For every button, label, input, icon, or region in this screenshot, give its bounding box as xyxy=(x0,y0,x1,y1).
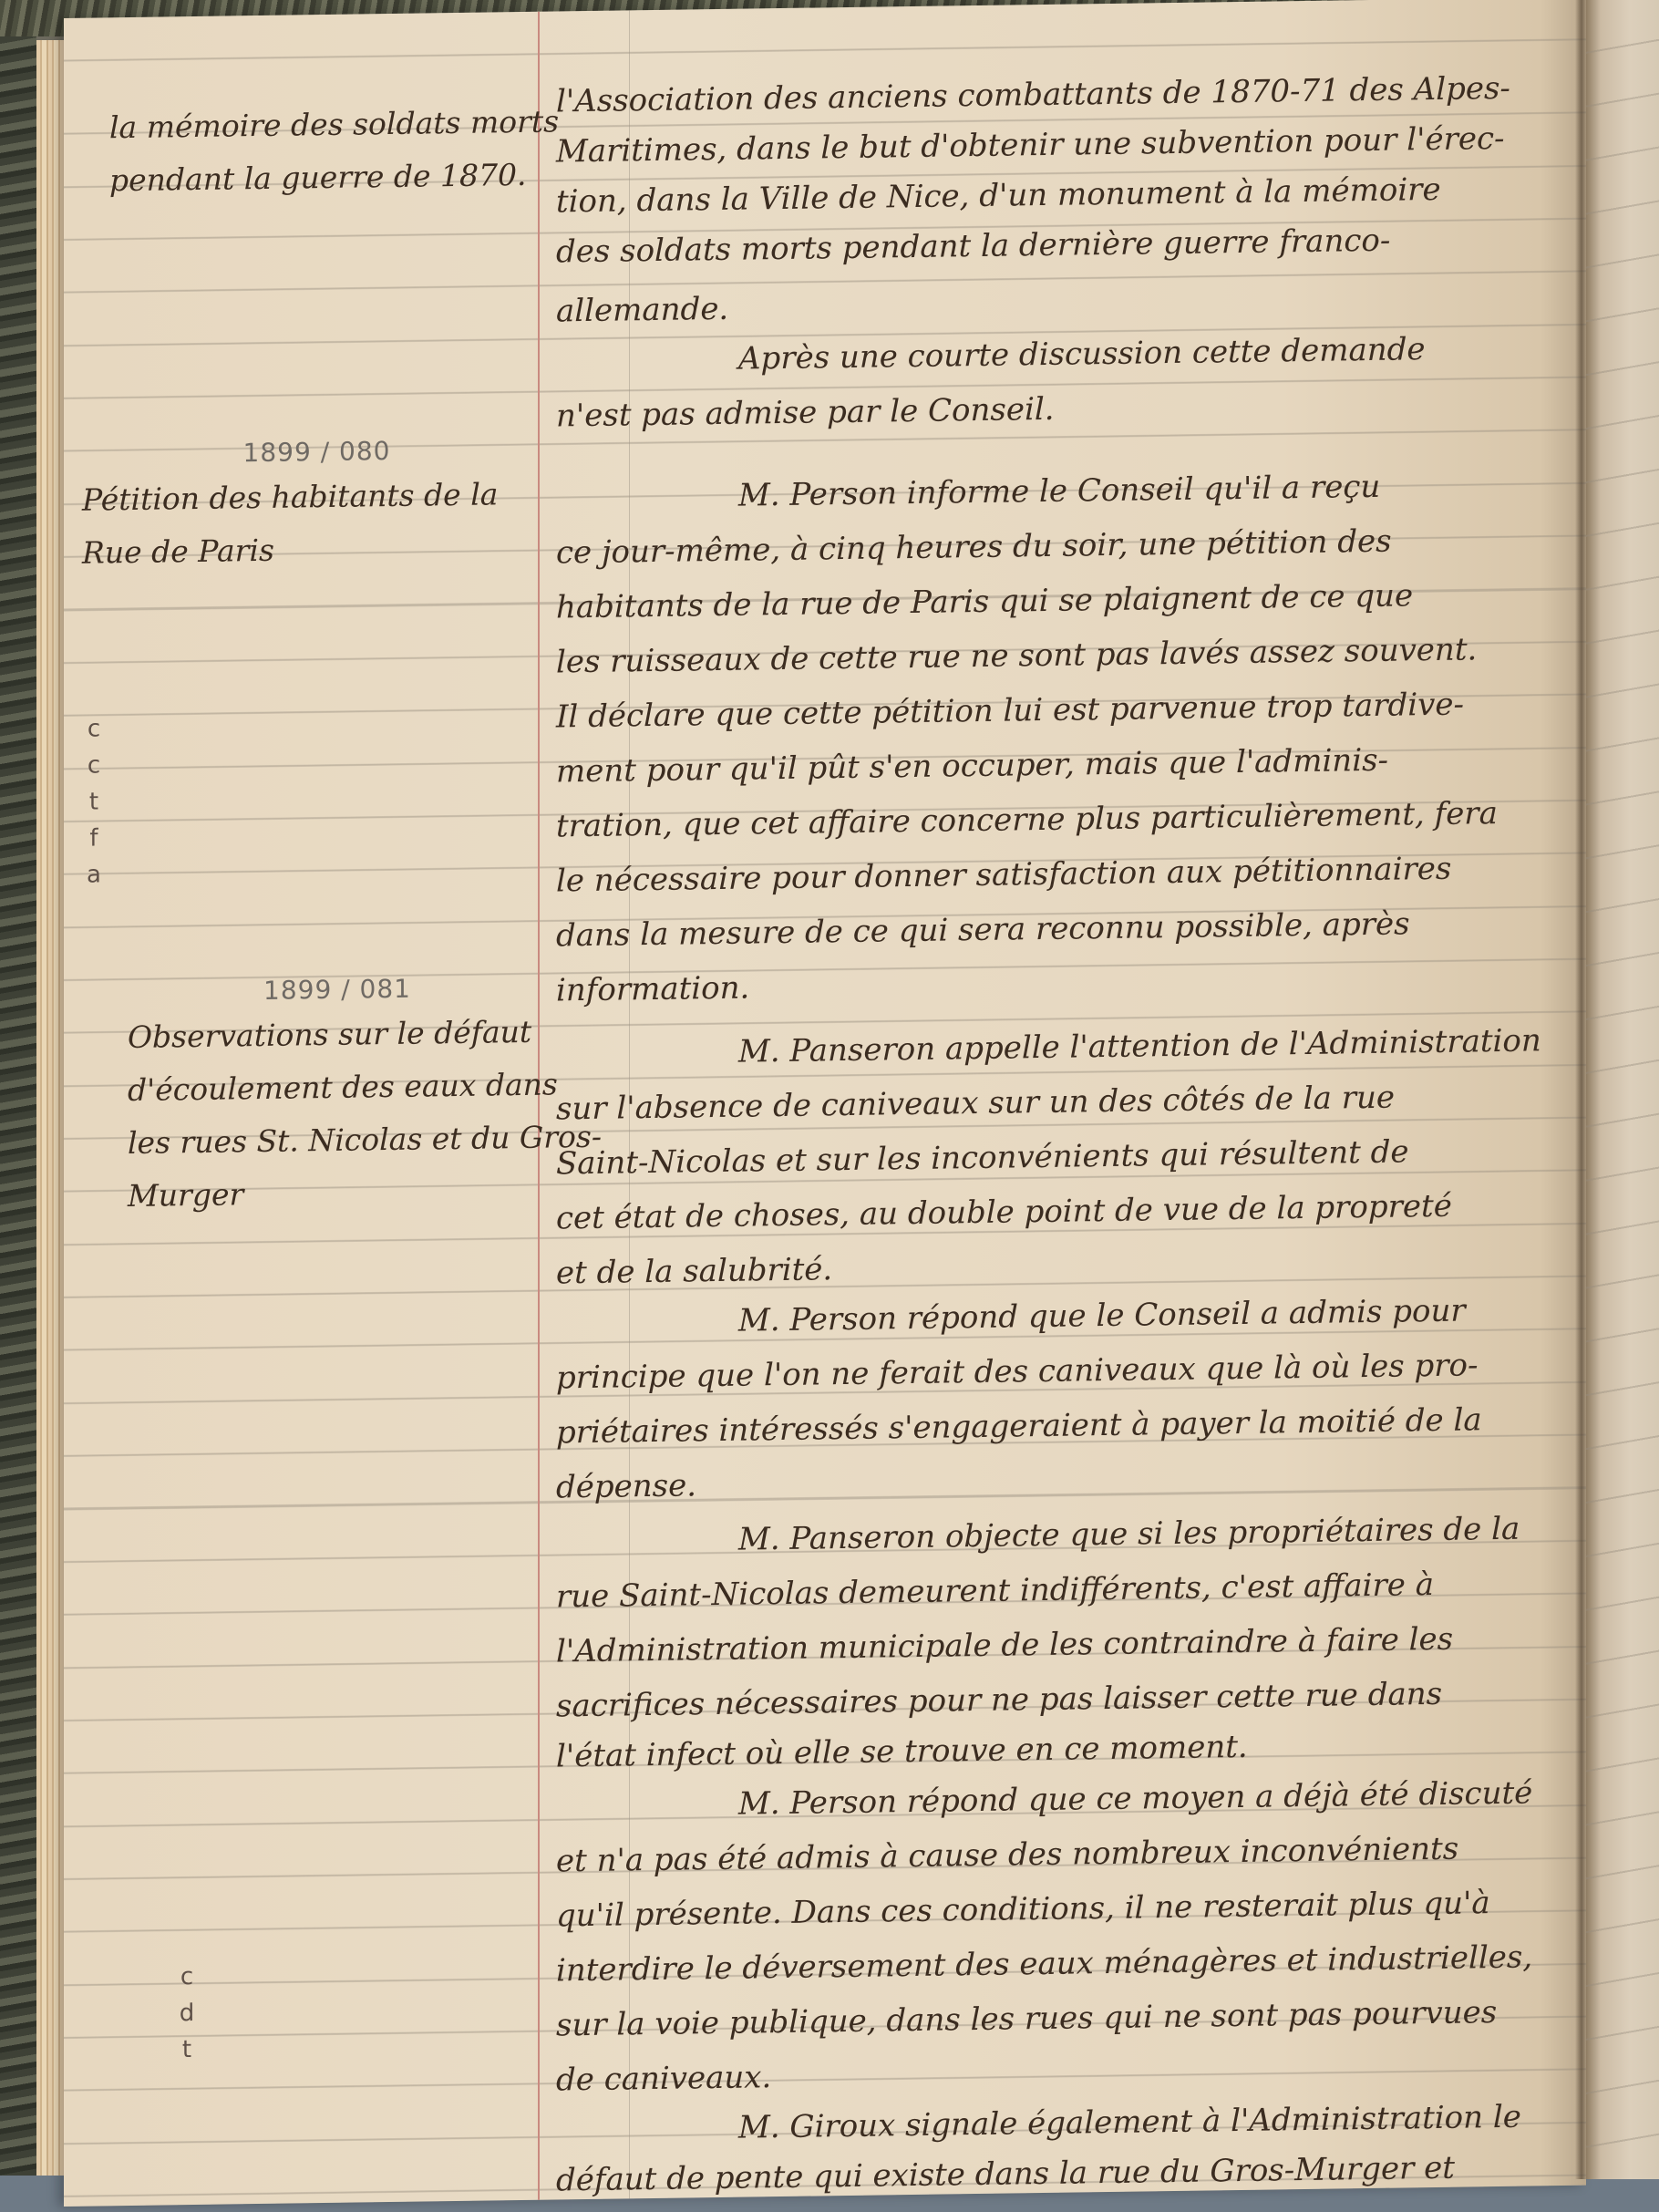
body-line: information. xyxy=(556,961,749,1017)
margin-text-line: pendant la guerre de 1870. xyxy=(109,148,579,207)
pencil-mark: c xyxy=(80,747,108,783)
pencil-mark: a xyxy=(80,856,108,893)
pencil-marks-upper: c c t f a xyxy=(80,710,108,893)
archive-ref-number: 1899 / 081 xyxy=(128,969,547,1011)
margin-entry-ecoulement-eaux: 1899 / 081 Observations sur le défaut d'… xyxy=(128,969,547,1223)
entry-title-line: d'écoulement des eaux dans xyxy=(128,1059,547,1117)
pencil-mark: c xyxy=(173,1959,201,1995)
body-line: allemande. xyxy=(556,283,728,338)
body-line: dépense. xyxy=(556,1459,696,1514)
body-line: de caniveaux. xyxy=(556,2051,771,2106)
pencil-mark: t xyxy=(80,783,108,820)
entry-title-line: Observations sur le défaut xyxy=(128,1006,547,1064)
facing-page-edge xyxy=(1586,0,1659,2179)
pencil-marks-lower: c d t xyxy=(173,1959,201,2068)
margin-text-line: la mémoire des soldats morts xyxy=(109,95,579,154)
pencil-mark: c xyxy=(80,710,108,747)
register-page: la mémoire des soldats morts pendant la … xyxy=(64,0,1586,2207)
entry-title-line: Murger xyxy=(128,1164,547,1223)
margin-entry-continued: la mémoire des soldats morts pendant la … xyxy=(109,95,579,207)
pencil-mark: d xyxy=(173,1995,201,2031)
pencil-mark: f xyxy=(80,820,108,856)
pencil-mark: t xyxy=(173,2031,201,2068)
body-line: et de la salubrité. xyxy=(556,1243,832,1299)
entry-title-line: Rue de Paris xyxy=(82,521,551,580)
margin-entry-petition-rue-de-paris: 1899 / 080 Pétition des habitants de la … xyxy=(82,431,551,580)
entry-title-line: les rues St. Nicolas et du Gros- xyxy=(128,1111,547,1170)
entry-title-line: Pétition des habitants de la xyxy=(82,468,551,527)
book-cover-left xyxy=(0,36,36,2212)
body-line: n'est pas admise par le Conseil. xyxy=(556,383,1055,443)
